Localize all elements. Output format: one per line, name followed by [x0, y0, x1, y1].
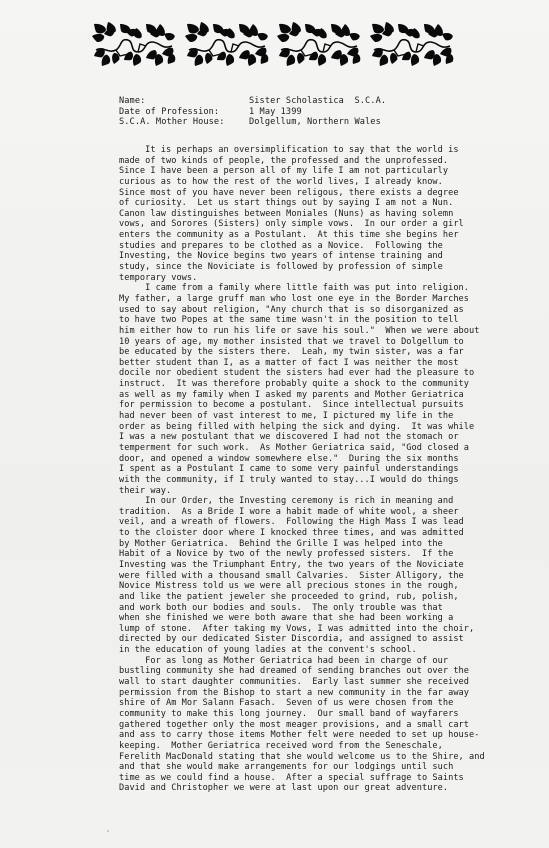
- text-line: It is perhaps an oversimplification to s…: [119, 145, 519, 156]
- text-line: were filled with a thousand small Calvar…: [119, 571, 519, 582]
- text-line: by Mother Geriatrica. Behind the Grille …: [119, 539, 519, 550]
- text-line: used to say about religion, "Any church …: [119, 305, 519, 316]
- text-line: had never been of vast interest to me, I…: [119, 411, 519, 422]
- text-line: and like the patient jeweler she proceed…: [119, 592, 519, 603]
- field-label: Name:: [119, 96, 249, 107]
- text-line: study, since the Noviciate is followed b…: [119, 262, 519, 273]
- text-line: wall to start daughter communities. Earl…: [119, 677, 519, 688]
- text-line: as well as my family when I asked my par…: [119, 390, 519, 401]
- text-line: better student than I, as a matter of fa…: [119, 358, 519, 369]
- paragraph: For as long as Mother Geriatrica had bee…: [119, 656, 519, 794]
- field-label: Date of Profession:: [119, 107, 249, 118]
- field-label: S.C.A. Mother House:: [119, 117, 249, 128]
- text-line: permission from the Bishop to start a ne…: [119, 688, 519, 699]
- text-line: their way.: [119, 486, 519, 497]
- text-line: in the education of young ladies at the …: [119, 645, 519, 656]
- vine-leaf-ornament-icon: [275, 20, 363, 72]
- text-line: with the community, if I truly wanted to…: [119, 475, 519, 486]
- text-line: community to make this long journey. Our…: [119, 709, 519, 720]
- body-text: It is perhaps an oversimplification to s…: [119, 145, 519, 794]
- text-line: bustling community she had dreamed of se…: [119, 666, 519, 677]
- text-line: Since most of you have never been religo…: [119, 188, 519, 199]
- vine-leaf-ornament-icon: [90, 20, 178, 72]
- text-line: for permission to become a postulant. Si…: [119, 400, 519, 411]
- text-line: veil, and a wreath of flowers. Following…: [119, 517, 519, 528]
- text-line: lump of stone. After taking my Vows, I w…: [119, 624, 519, 635]
- text-line: For as long as Mother Geriatrica had bee…: [119, 656, 519, 667]
- text-line: vows, and Sorores (Sisters) only simple …: [119, 219, 519, 230]
- text-line: Canon law distinguishes between Moniales…: [119, 209, 519, 220]
- text-line: to have two Popes at the same time wasn'…: [119, 315, 519, 326]
- text-line: order as being filled with helping the s…: [119, 422, 519, 433]
- text-line: tradition. As a Bride I wore a habit mad…: [119, 507, 519, 518]
- field-value: 1 May 1399: [249, 107, 302, 118]
- text-line: made of two kinds of people, the profess…: [119, 156, 519, 167]
- text-line: door, and opened a window somewhere else…: [119, 454, 519, 465]
- text-line: and that she would make arrangements for…: [119, 762, 519, 773]
- text-line: I spent as a Postulant I came to some ve…: [119, 464, 519, 475]
- text-line: of curiosity. Let us start things out by…: [119, 198, 519, 209]
- text-line: him either how to run his life or save h…: [119, 326, 519, 337]
- paragraph: I came from a family where little faith …: [119, 283, 519, 496]
- text-line: temporary vows.: [119, 273, 519, 284]
- text-line: time as we could find a house. After a s…: [119, 773, 519, 784]
- text-line: to the cloister door where I knocked thr…: [119, 528, 519, 539]
- field-value: Dolgellum, Northern Wales: [249, 117, 381, 128]
- paragraph: In our Order, the Investing ceremony is …: [119, 496, 519, 656]
- document-page: Name: Sister Scholastica S.C.A. Date of …: [0, 0, 549, 848]
- text-line: shire of Am Mor Salann Fasach. Seven of …: [119, 698, 519, 709]
- text-line: and work both our bodies and souls. The …: [119, 603, 519, 614]
- vine-leaf-ornament-icon: [183, 20, 271, 72]
- text-line: when she finished we were both aware tha…: [119, 613, 519, 624]
- text-line: gathered together only the most meager p…: [119, 720, 519, 731]
- text-line: curious as to how the rest of the world …: [119, 177, 519, 188]
- paper-speck: [107, 830, 109, 832]
- text-line: keeping. Mother Geriatrica received word…: [119, 741, 519, 752]
- text-line: Since I have been a person all of my lif…: [119, 166, 519, 177]
- text-line: Novice Mistress told us we were all prec…: [119, 581, 519, 592]
- text-line: In our Order, the Investing ceremony is …: [119, 496, 519, 507]
- text-line: be educated by the sisters there. Leah, …: [119, 347, 519, 358]
- name-field: Name: Sister Scholastica S.C.A.: [119, 96, 386, 107]
- ornamental-border: [90, 20, 456, 72]
- profession-header: Name: Sister Scholastica S.C.A. Date of …: [119, 96, 386, 128]
- vine-leaf-ornament-icon: [368, 20, 456, 72]
- text-line: I came from a family where little faith …: [119, 283, 519, 294]
- text-line: and ass to carry those items Mother felt…: [119, 730, 519, 741]
- text-line: enters the community as a Postulant. At …: [119, 230, 519, 241]
- field-value: Sister Scholastica S.C.A.: [249, 96, 386, 107]
- text-line: Investing was the Triumphant Entry, the …: [119, 560, 519, 571]
- text-line: temperment for such work. As Mother Geri…: [119, 443, 519, 454]
- text-line: My father, a large gruff man who lost on…: [119, 294, 519, 305]
- text-line: I was a new postulant that we discovered…: [119, 432, 519, 443]
- text-line: docile nor obedient student the sisters …: [119, 368, 519, 379]
- text-line: directed by our dedicated Sister Discord…: [119, 634, 519, 645]
- text-line: studies and prepares to be clothed as a …: [119, 241, 519, 252]
- mother-house-field: S.C.A. Mother House: Dolgellum, Northern…: [119, 117, 386, 128]
- text-line: David and Christopher we were at last up…: [119, 783, 519, 794]
- date-of-profession-field: Date of Profession: 1 May 1399: [119, 107, 386, 118]
- text-line: Ferelith MacDonald stating that she woul…: [119, 752, 519, 763]
- text-line: instruct. It was therefore probably quit…: [119, 379, 519, 390]
- text-line: Habit of a Novice by two of the newly pr…: [119, 549, 519, 560]
- text-line: Investing, the Novice begins two years o…: [119, 251, 519, 262]
- paragraph: It is perhaps an oversimplification to s…: [119, 145, 519, 283]
- text-line: 10 years of age, my mother insisted that…: [119, 337, 519, 348]
